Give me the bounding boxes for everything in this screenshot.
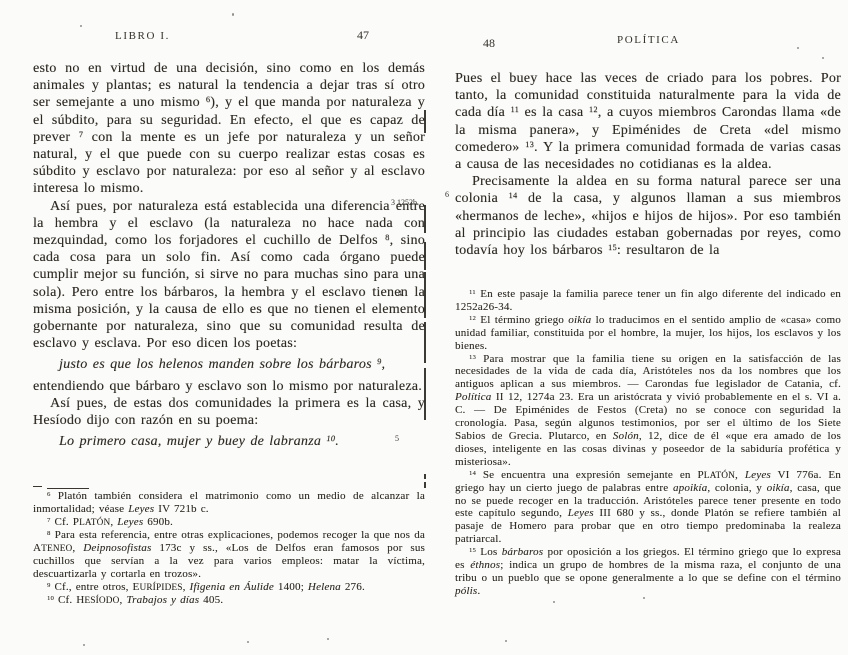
gutter-line <box>424 242 426 270</box>
scan-speck <box>553 601 555 603</box>
footnote: 9 Cf., entre otros, EURÍPIDES, Ifigenia … <box>33 581 425 594</box>
paragraph: Así pues, por naturaleza está establecid… <box>33 198 425 353</box>
scan-speck <box>643 597 645 599</box>
book-scan: LIBRO I. 47 esto no en virtud de una dec… <box>0 0 848 655</box>
footnote: 15 Los bárbaros por oposición a los grie… <box>455 546 841 598</box>
body-text: esto no en virtud de una decisión, sino … <box>33 60 425 454</box>
footnote: 13 Para mostrar que la familia tiene su … <box>455 353 841 469</box>
footnote: 7 Cf. PLATÓN, Leyes 690b. <box>33 516 425 529</box>
scan-speck <box>327 638 329 640</box>
section-number-margin-note: 5 <box>395 434 399 443</box>
footnote-separator <box>33 486 42 487</box>
gutter-line <box>424 322 426 363</box>
footnote: 8 Para esta referencia, entre otras expl… <box>33 529 425 581</box>
gutter-line <box>424 272 426 318</box>
paragraph: Precisamente la aldea en su forma natura… <box>455 173 841 259</box>
gutter-line <box>424 482 426 488</box>
footnote: 12 El término griego oikía lo traducimos… <box>455 314 841 353</box>
footnote: 14 Se encuentra una expresión semejante … <box>455 469 841 546</box>
section-number-margin-note: 4 <box>398 289 402 298</box>
footnote-separator <box>47 488 89 489</box>
footnotes: 6 Platón también considera el matrimonio… <box>33 490 425 607</box>
page-number: 48 <box>483 36 495 51</box>
scan-speck <box>797 47 799 49</box>
footnote: 11 En este pasaje la familia parece tene… <box>455 288 841 314</box>
paragraph: esto no en virtud de una decisión, sino … <box>33 60 425 198</box>
section-number-margin-note: 6 <box>445 190 449 199</box>
paragraph: entendiendo que bárbaro y esclavo son lo… <box>33 378 425 395</box>
footnote: 6 Platón también considera el matrimonio… <box>33 490 425 516</box>
scan-speck <box>822 57 824 59</box>
right-page: 48 POLÍTICA Pues el buey hace las veces … <box>455 0 841 655</box>
footnote: 10 Cf. HESÍODO, Trabajos y días 405. <box>33 594 425 607</box>
bekker-margin-note: 3 1252b <box>391 198 417 207</box>
gutter-line <box>424 110 426 133</box>
page-number: 47 <box>357 28 369 43</box>
paragraph: Pues el buey hace las veces de criado pa… <box>455 70 841 173</box>
scan-speck <box>80 25 82 27</box>
paragraph: justo es que los helenos manden sobre lo… <box>59 356 425 373</box>
scan-speck <box>232 13 234 16</box>
footnotes: 11 En este pasaje la familia parece tene… <box>455 288 841 598</box>
gutter-line <box>424 205 426 233</box>
paragraph: Así pues, de estas dos comunidades la pr… <box>33 395 425 429</box>
scan-speck <box>83 644 85 646</box>
gutter-line <box>424 474 426 479</box>
left-page: LIBRO I. 47 esto no en virtud de una dec… <box>33 0 425 655</box>
scan-speck <box>505 640 507 642</box>
gutter-line <box>424 368 426 420</box>
paragraph: Lo primero casa, mujer y buey de labranz… <box>59 433 425 450</box>
running-title: LIBRO I. <box>115 30 170 42</box>
body-text: Pues el buey hace las veces de criado pa… <box>455 70 841 259</box>
running-title: POLÍTICA <box>617 34 680 46</box>
scan-speck <box>247 641 249 643</box>
